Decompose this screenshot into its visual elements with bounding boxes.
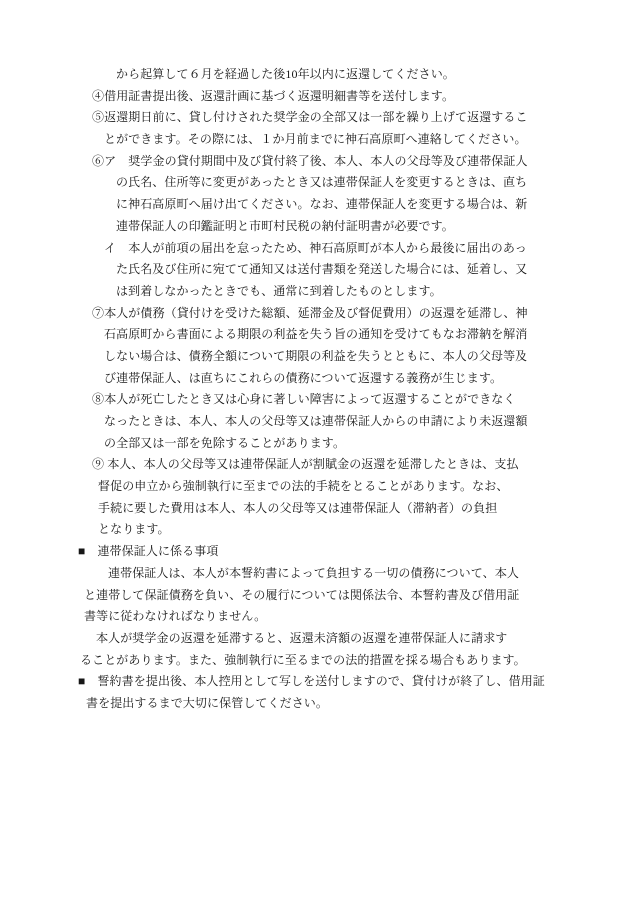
document-screenshot: { "page": { "background": "#ffffff", "te… (0, 0, 630, 903)
item-5-continuation: とができます。その際には、１か月前までに神石高原町へ連絡してください。 (104, 129, 630, 151)
item-6-sub-i-continuation: は到着しなかったときでも、通常に到着したものとします。 (116, 281, 630, 303)
guarantor-paragraph-line: 本人が奨学金の返還を延滞すると、返還未済額の返還を連帯保証人に請求す (96, 628, 630, 650)
item-4: ④借用証書提出後、返還計画に基づく返還明細書等を送付します。 (92, 86, 630, 108)
section-note-copy-continuation: 書を提出するまで大切に保管してください。 (86, 693, 630, 715)
section-note-copy: ■ 誓約書を提出後、本人控用として写しを送付しますので、貸付けが終了し、借用証 (78, 671, 630, 693)
item-9-continuation: となります。 (98, 519, 630, 541)
item-9-continuation: 督促の申立から強制執行に至までの法的手続をとることがあります。なお、 (98, 476, 630, 498)
item-6-sub-a-continuation: 連帯保証人の印鑑証明と市町村民税の納付証明書が必要です。 (116, 216, 630, 238)
guarantor-paragraph-line: 書等に従わなければなりません。 (84, 606, 630, 628)
item-8-continuation: の全部又は一部を免除することがあります。 (104, 433, 630, 455)
item-7-continuation: び連帯保証人、は直ちにこれらの債務について返還する義務が生じます。 (104, 368, 630, 390)
item-8: ⑧本人が死亡したとき又は心身に著しい障害によって返還することができなく (92, 389, 630, 411)
item-7: ⑦本人が債務（貸付けを受けた総額、延滞金及び督促費用）の返還を延滞し、神 (92, 303, 630, 325)
item-9-continuation: 手続に要した費用は本人、本人の父母等又は連帯保証人（滞納者）の負担 (98, 498, 630, 520)
guarantor-paragraph-line: ることがあります。また、強制執行に至るまでの法的措置を採る場合もあります。 (80, 650, 630, 672)
item-5: ⑤返還期日前に、貸し付けされた奨学金の全部又は一部を繰り上げて返還するこ (92, 107, 630, 129)
guarantor-paragraph-line: 連帯保証人は、本人が本誓約書によって負担する一切の債務について、本人 (108, 563, 630, 585)
guarantor-paragraph-line: と連帯して保証債務を負い、その履行については関係法令、本誓約書及び借用証 (84, 585, 630, 607)
continuation-line: から起算して６月を経過した後10年以内に返還してください。 (116, 64, 630, 86)
item-8-continuation: なったときは、本人、本人の父母等又は連帯保証人からの申請により未返還額 (104, 411, 630, 433)
document-body: から起算して６月を経過した後10年以内に返還してください。④借用証書提出後、返還… (0, 0, 630, 715)
item-6-sub-a-continuation: に神石高原町へ届け出てください。なお、連帯保証人を変更する場合は、新 (116, 194, 630, 216)
item-6-sub-i: イ 本人が前項の届出を怠ったため、神石高原町が本人から最後に届出のあっ (104, 238, 630, 260)
item-9: ⑨ 本人、本人の父母等又は連帯保証人が割賦金の返還を延滞したときは、支払 (92, 454, 630, 476)
item-6-sub-i-continuation: た氏名及び住所に宛てて通知又は送付書類を発送した場合には、延着し、又 (116, 259, 630, 281)
item-7-continuation: 石高原町から書面による期限の利益を失う旨の通知を受けてもなお滞納を解消 (104, 324, 630, 346)
item-6-sub-a-continuation: の氏名、住所等に変更があったとき又は連帯保証人を変更するときは、直ち (116, 172, 630, 194)
item-6-sub-a: ⑥ア 奨学金の貸付期間中及び貸付終了後、本人、本人の父母等及び連帯保証人 (92, 151, 630, 173)
document-page: から起算して６月を経過した後10年以内に返還してください。④借用証書提出後、返還… (0, 0, 630, 903)
item-7-continuation: しない場合は、債務全額について期限の利益を失うとともに、本人の父母等及 (104, 346, 630, 368)
section-heading-guarantor: ■ 連帯保証人に係る事項 (78, 541, 630, 563)
